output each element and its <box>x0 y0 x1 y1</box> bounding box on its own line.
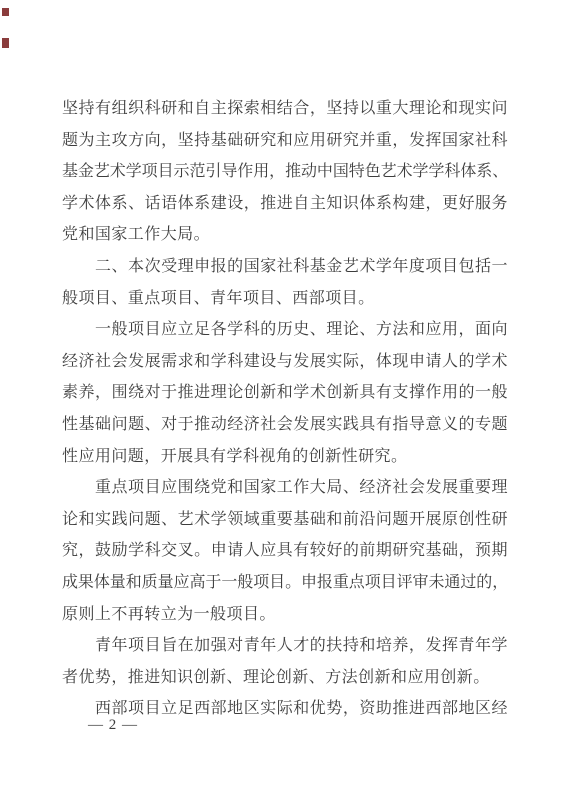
paragraph-line: 题为主攻方向，坚持基础研究和应用研究并重，发挥国家社科 <box>62 125 508 157</box>
red-mark-top <box>2 8 9 16</box>
paragraph-line: 性应用问题，开展具有学科视角的创新性研究。 <box>62 441 508 473</box>
paragraph-line: 成果体量和质量应高于一般项目。申报重点项目评审未通过的， <box>62 567 508 599</box>
paragraph-line: 者优势，推进知识创新、理论创新、方法创新和应用创新。 <box>62 662 508 694</box>
paragraph-line: 般项目、重点项目、青年项目、西部项目。 <box>62 283 508 315</box>
paragraph-line: 青年项目旨在加强对青年人才的扶持和培养，发挥青年学 <box>62 630 508 662</box>
paragraph-line: 经济社会发展需求和学科建设与发展实际，体现申请人的学术 <box>62 346 508 378</box>
paragraph-line: 基金艺术学项目示范引导作用，推动中国特色艺术学学科体系、 <box>62 156 508 188</box>
paragraph-line: 性基础问题、对于推动经济社会发展实践具有指导意义的专题 <box>62 409 508 441</box>
paragraph-line: 一般项目应立足各学科的历史、理论、方法和应用，面向 <box>62 314 508 346</box>
paragraph-line: 论和实践问题、艺术学领域重要基础和前沿问题开展原创性研 <box>62 504 508 536</box>
paragraph-line: 原则上不再转立为一般项目。 <box>62 599 508 631</box>
paragraph-line: 究，鼓励学科交叉。申请人应具有较好的前期研究基础，预期 <box>62 535 508 567</box>
red-mark-bottom <box>2 38 9 48</box>
paragraph-line: 党和国家工作大局。 <box>62 219 508 251</box>
document-page: 坚持有组织科研和自主探索相结合，坚持以重大理论和现实问题为主攻方向，坚持基础研究… <box>0 0 568 802</box>
page-number: — 2 — <box>88 715 138 735</box>
text-block: 坚持有组织科研和自主探索相结合，坚持以重大理论和现实问题为主攻方向，坚持基础研究… <box>62 93 508 725</box>
paragraph-line: 学术体系、话语体系建设，推进自主知识体系构建，更好服务 <box>62 188 508 220</box>
paragraph-line: 素养，围绕对于推进理论创新和学术创新具有支撑作用的一般 <box>62 377 508 409</box>
paragraph-line: 重点项目应围绕党和国家工作大局、经济社会发展重要理 <box>62 472 508 504</box>
paragraph-line: 二、本次受理申报的国家社科基金艺术学年度项目包括一 <box>62 251 508 283</box>
paragraph-line: 坚持有组织科研和自主探索相结合，坚持以重大理论和现实问 <box>62 93 508 125</box>
